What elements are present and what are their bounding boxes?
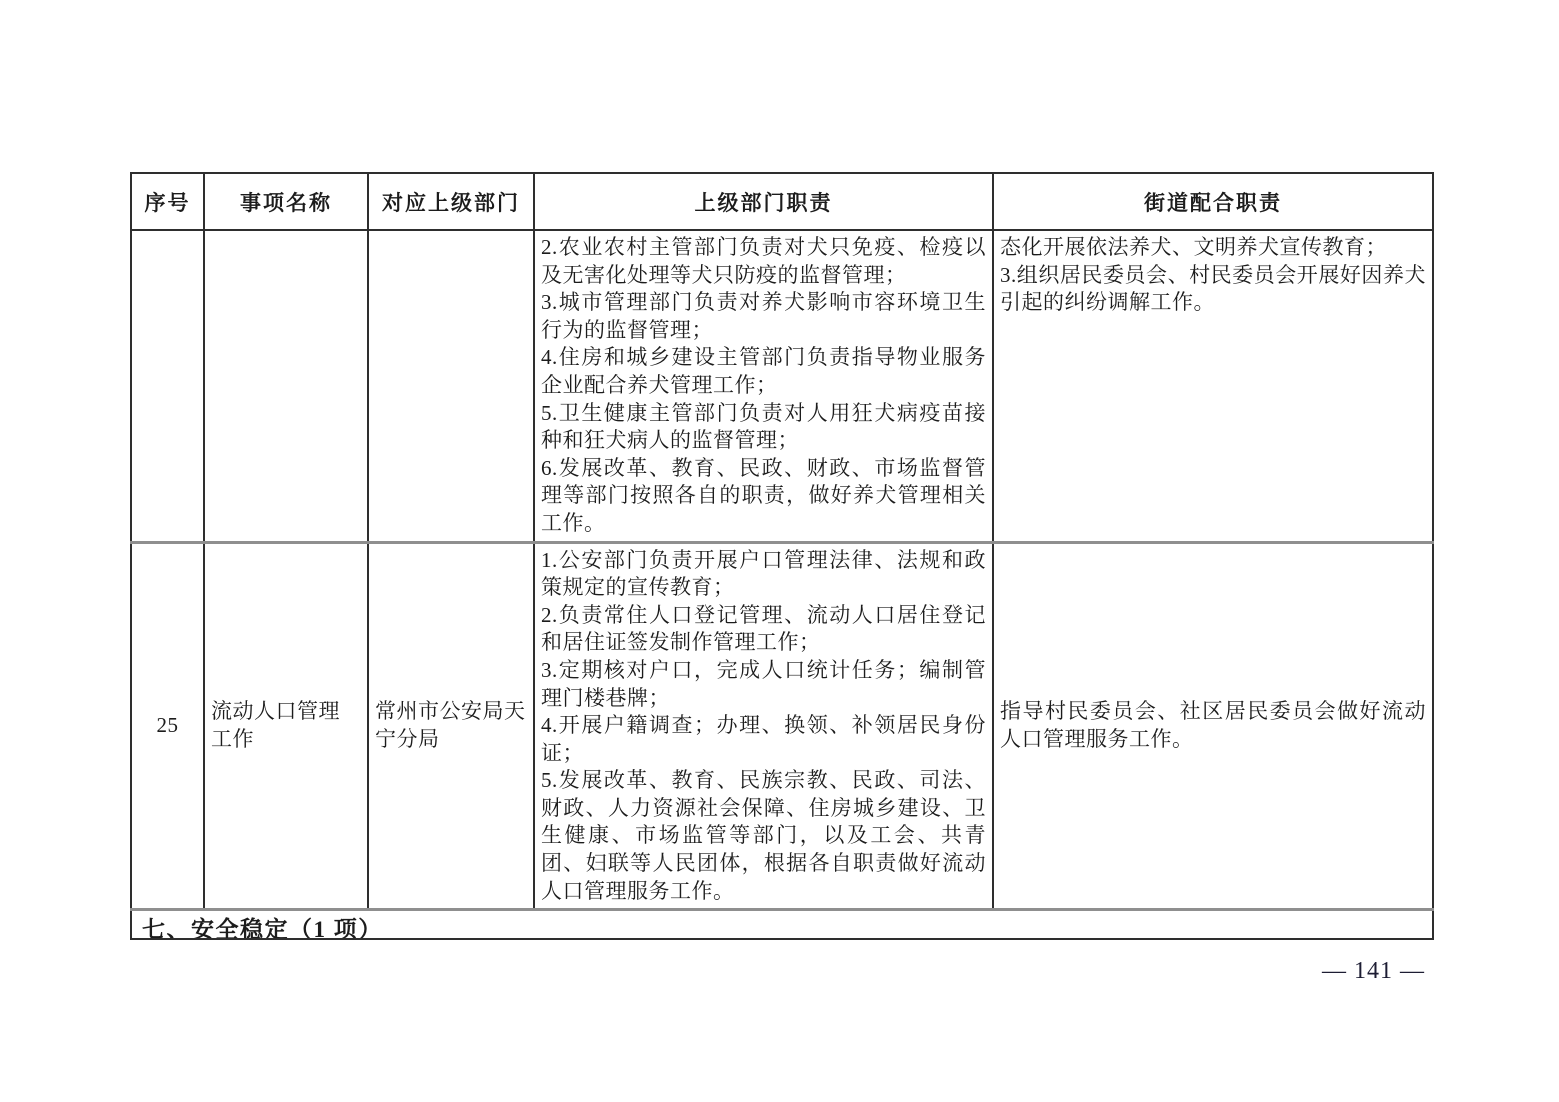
street-duties-cell: 指导村民委员会、社区居民委员会做好流动人口管理服务工作。 <box>993 542 1433 910</box>
header-cell-street-duties: 街道配合职责 <box>993 173 1433 230</box>
street-duties-cell: 态化开展依法养犬、文明养犬宣传教育； 3.组织居民委员会、村民委员会开展好因养犬… <box>993 230 1433 542</box>
page-number: — 141 — <box>1322 958 1425 985</box>
item-name-cell: 流动人口管理工作 <box>204 542 368 910</box>
table-row-continued: 2.农业农村主管部门负责对犬只免疫、检疫以及无害化处理等犬只防疫的监督管理； 3… <box>131 230 1433 542</box>
department-cell: 常州市公安局天宁分局 <box>368 542 534 910</box>
table-row-25: 25 流动人口管理工作 常州市公安局天宁分局 1.公安部门负责开展户口管理法律、… <box>131 542 1433 910</box>
duty-table-region: 序号 事项名称 对应上级部门 上级部门职责 街道配合职责 2.农业农村主管部门负… <box>130 172 1434 940</box>
section-header-label: 七、安全稳定（1 项） <box>131 910 1433 940</box>
department-cell <box>368 230 534 542</box>
seq-cell <box>131 230 204 542</box>
superior-duties-cell: 1.公安部门负责开展户口管理法律、法规和政策规定的宣传教育； 2.负责常住人口登… <box>534 542 993 910</box>
duty-table: 序号 事项名称 对应上级部门 上级部门职责 街道配合职责 2.农业农村主管部门负… <box>130 172 1434 940</box>
seq-cell: 25 <box>131 542 204 910</box>
section-header-row: 七、安全稳定（1 项） <box>131 910 1433 940</box>
header-cell-name: 事项名称 <box>204 173 368 230</box>
table-header-row: 序号 事项名称 对应上级部门 上级部门职责 街道配合职责 <box>131 173 1433 230</box>
item-name-cell <box>204 230 368 542</box>
document-page: 序号 事项名称 对应上级部门 上级部门职责 街道配合职责 2.农业农村主管部门负… <box>0 0 1559 1102</box>
header-cell-department: 对应上级部门 <box>368 173 534 230</box>
header-cell-seq: 序号 <box>131 173 204 230</box>
superior-duties-cell: 2.农业农村主管部门负责对犬只免疫、检疫以及无害化处理等犬只防疫的监督管理； 3… <box>534 230 993 542</box>
header-cell-superior-duties: 上级部门职责 <box>534 173 993 230</box>
